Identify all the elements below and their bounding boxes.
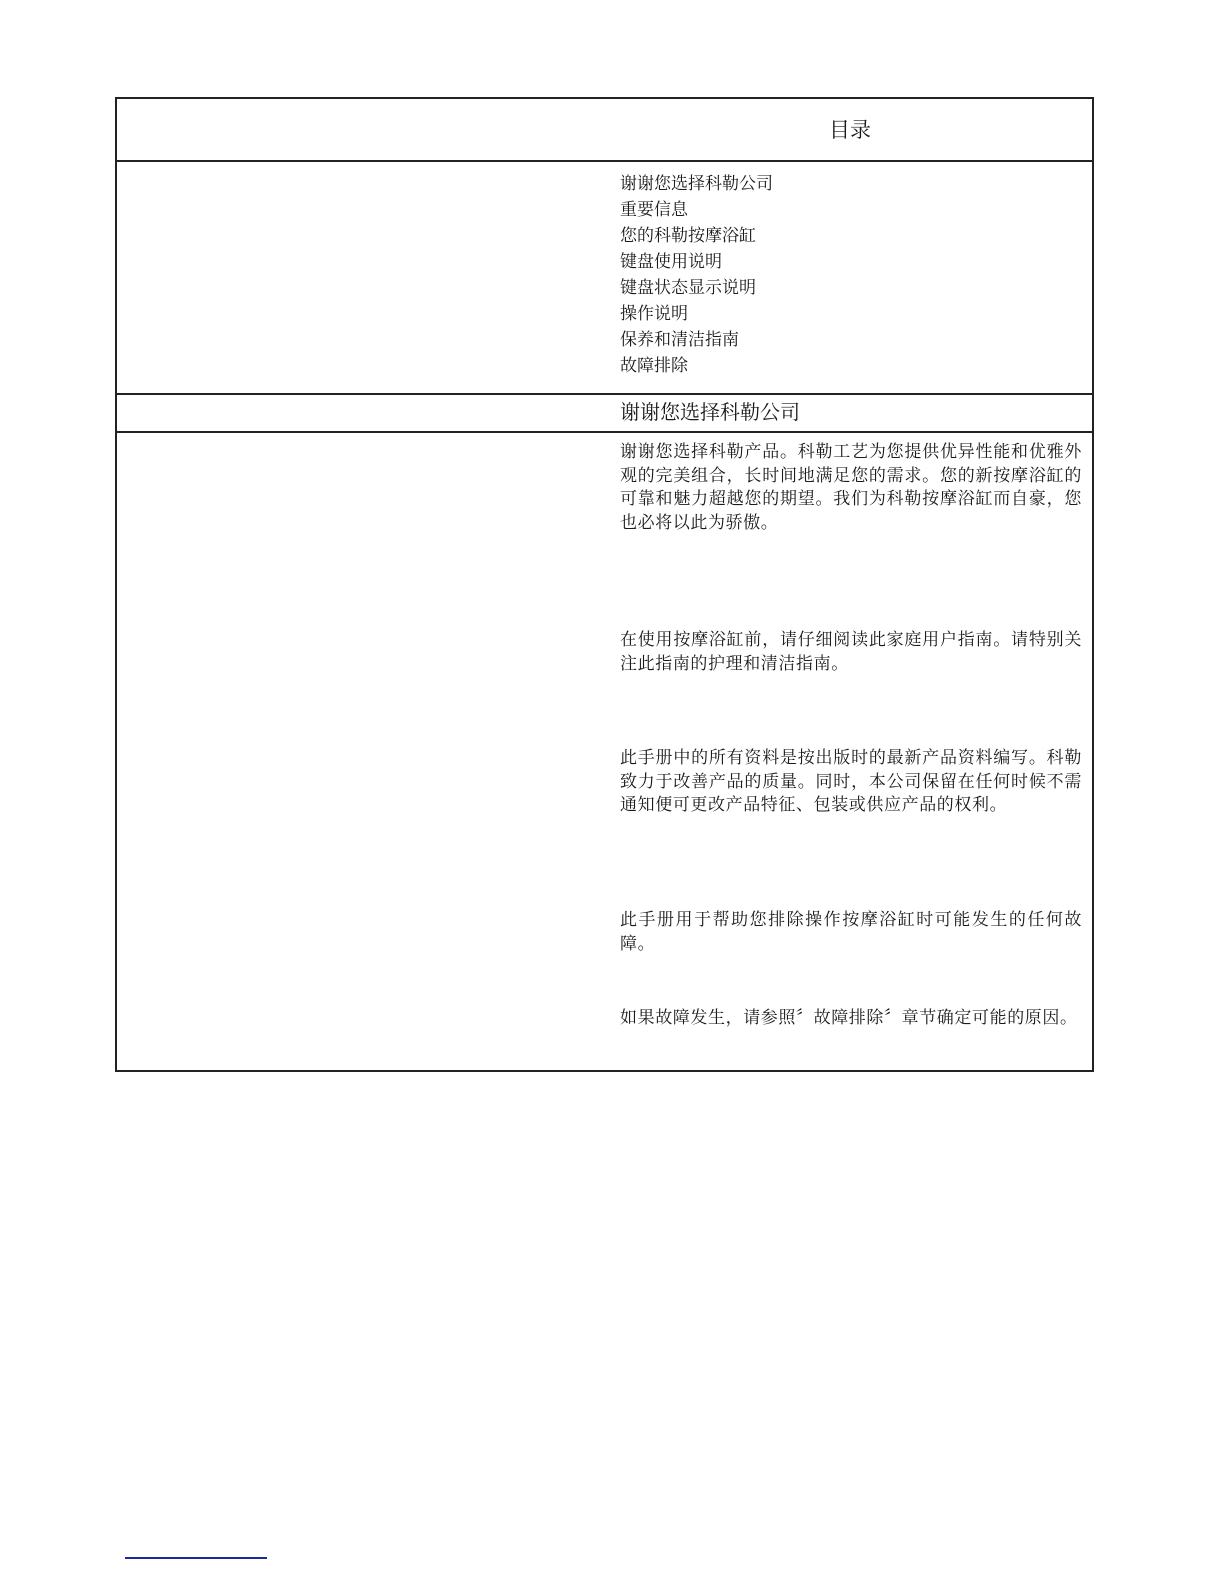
toc-item[interactable]: 谢谢您选择科勒公司 (620, 171, 773, 197)
section-heading-divider (115, 431, 1092, 433)
toc-item[interactable]: 保养和清洁指南 (620, 327, 773, 353)
toc-item[interactable]: 重要信息 (620, 197, 773, 223)
paragraph-intro: 谢谢您选择科勒产品。科勒工艺为您提供优异性能和优雅外观的完美组合，长时间地满足您… (620, 441, 1082, 535)
toc-item[interactable]: 您的科勒按摩浴缸 (620, 223, 773, 249)
toc-bottom-divider (115, 393, 1092, 395)
toc-title: 目录 (829, 116, 871, 144)
section-heading: 谢谢您选择科勒公司 (620, 398, 800, 426)
toc-item[interactable]: 操作说明 (620, 301, 773, 327)
paragraph-manual-info: 此手册中的所有资料是按出版时的最新产品资料编写。科勒致力于改善产品的质量。同时，… (620, 747, 1082, 818)
paragraph-troubleshoot-purpose: 此手册用于帮助您排除操作按摩浴缸时可能发生的任何故障。 (620, 909, 1082, 956)
toc-item[interactable]: 键盘状态显示说明 (620, 275, 773, 301)
toc-item[interactable]: 故障排除 (620, 353, 773, 379)
paragraph-troubleshoot-ref: 如果故障发生，请参照〞故障排除〞章节确定可能的原因。 (620, 1007, 1082, 1031)
footnote-separator-line (125, 1557, 267, 1559)
header-divider (115, 160, 1092, 162)
paragraph-read-guide: 在使用按摩浴缸前，请仔细阅读此家庭用户指南。请特别关注此指南的护理和清洁指南。 (620, 629, 1082, 676)
toc-item[interactable]: 键盘使用说明 (620, 249, 773, 275)
toc-list: 谢谢您选择科勒公司 重要信息 您的科勒按摩浴缸 键盘使用说明 键盘状态显示说明 … (620, 171, 773, 379)
